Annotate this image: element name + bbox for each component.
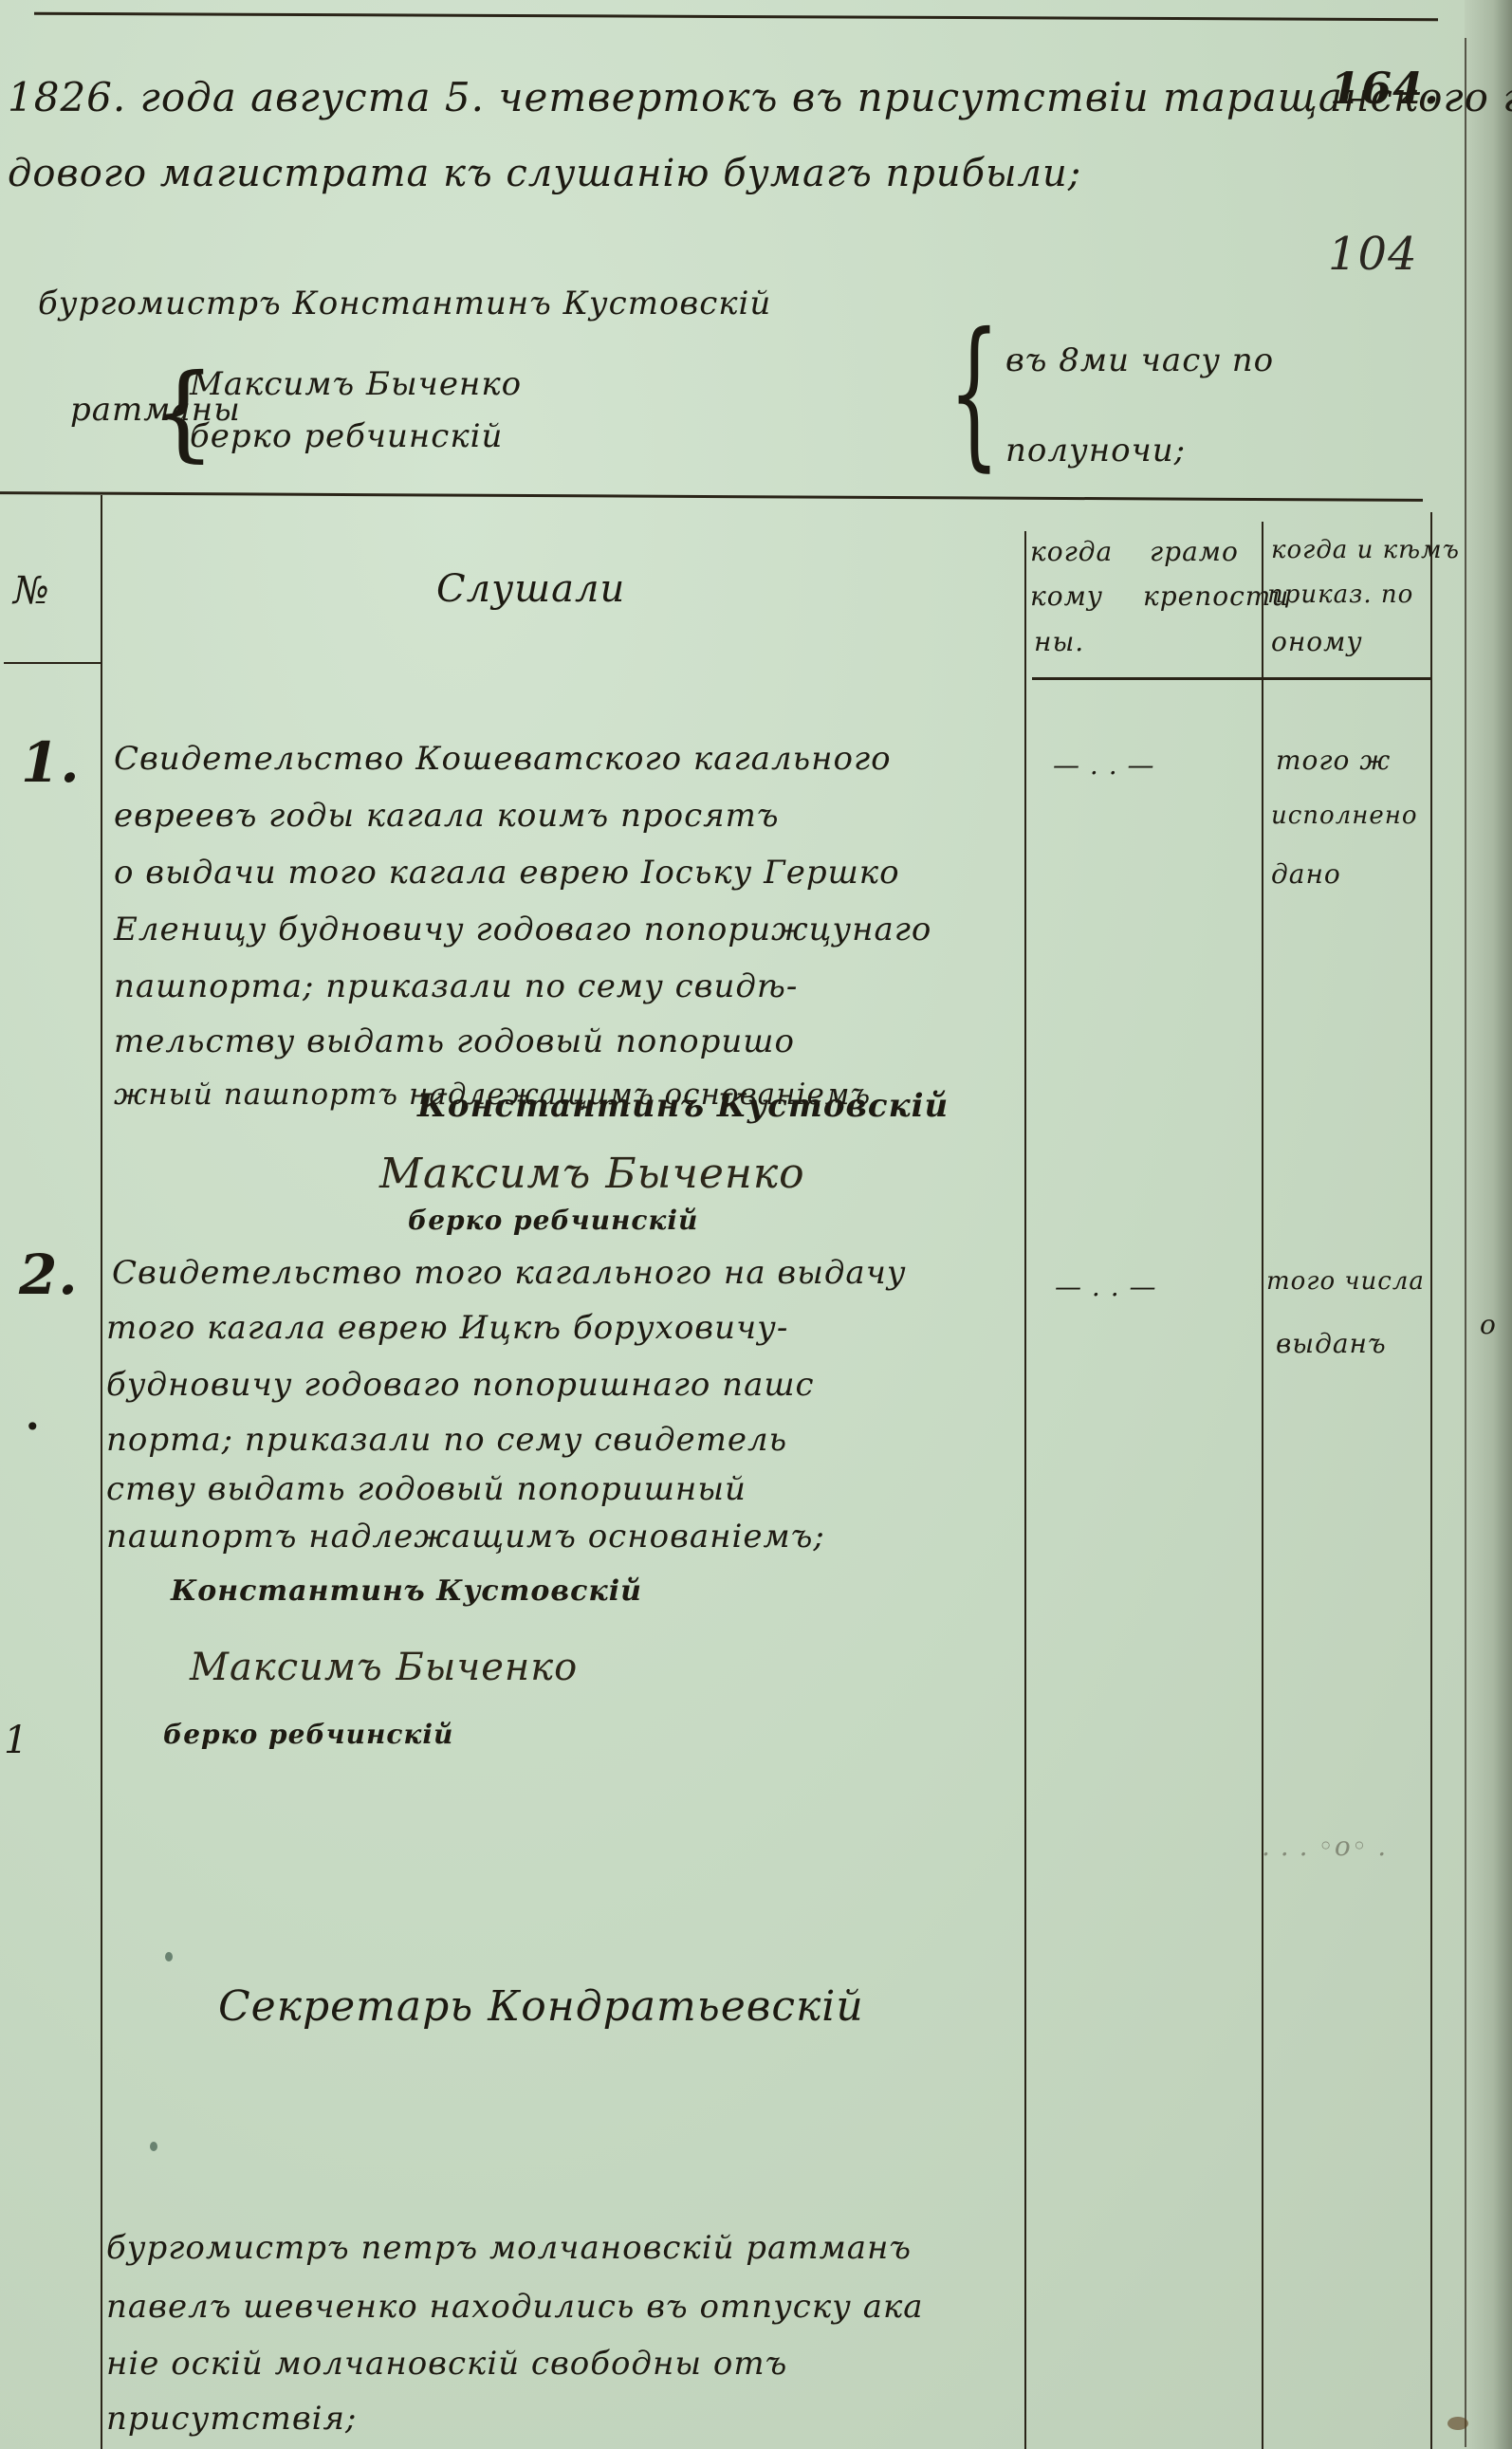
row-2-line-4: порта; приказали по сему свидетель (106, 1421, 787, 1459)
row-2-signature-2: Максимъ Быченко (190, 1646, 578, 1689)
margin-mark-dot: • (25, 1411, 42, 1443)
time-brace: { (949, 299, 1000, 487)
header-when-line1: когда (1030, 536, 1113, 567)
row-1-line-6: тельству выдать годовый попоришо (114, 1022, 795, 1060)
row-1-signature-1: Константинъ Кустовскій (417, 1087, 949, 1125)
row-1-line-5: пашпорта; приказали по сему свидѣ- (114, 967, 798, 1005)
header-number: № (13, 569, 50, 613)
footer-line-4: присутствія; (106, 2400, 357, 2438)
row-2-executed-2: выданъ (1276, 1328, 1387, 1359)
header-heard: Слушали (436, 567, 625, 611)
column-divider-executed (1430, 512, 1432, 2449)
row-2-crepost-mark: — . . — (1055, 1271, 1157, 1302)
ink-stain (1447, 2417, 1468, 2430)
document-page: 164. 104 1826. года августа 5. четверток… (0, 0, 1512, 2449)
page-edge (1465, 0, 1512, 2449)
burgomaster-line: бургомистръ Константинъ Кустовскій (38, 285, 771, 322)
row-1-line-3: о выдачи того кагала еврею Іоську Гершко (114, 854, 900, 892)
row-1-executed-2: исполнено (1271, 801, 1418, 830)
column-divider-number (101, 495, 102, 2449)
secretary-signature: Секретарь Кондратьевскій (218, 1982, 864, 2031)
top-rule (34, 12, 1438, 21)
column-divider-crepost (1262, 522, 1263, 2449)
row-1-signature-3: берко ребчинскій (408, 1205, 698, 1236)
page-number-secondary: 104 (1328, 228, 1418, 281)
header-line-1: 1826. года августа 5. четвертокъ въ прис… (8, 74, 1512, 120)
header-when-line3: ны. (1034, 626, 1084, 657)
time-line-2: полуночи; (1005, 432, 1186, 470)
table-top-rule (0, 491, 1423, 502)
row-1-signature-2: Максимъ Быченко (379, 1150, 805, 1198)
header-executed-line3: оному (1271, 626, 1363, 657)
row-1-number: 1. (21, 730, 81, 795)
ink-stain (165, 1952, 173, 1961)
row-2-signature-3: берко ребчинскій (163, 1719, 453, 1750)
row-2-line-5: ству выдать годовый попоришный (106, 1470, 747, 1508)
row-1-line-2: евреевъ годы кагала коимъ просятъ (114, 797, 780, 835)
right-border (1465, 38, 1466, 2447)
footer-line-1: бургомистръ петръ молчановскій ратманъ (106, 2229, 912, 2267)
row-2-executed-1: того числа (1266, 1267, 1425, 1296)
row-1-line-4: Еленицу будновичу годоваго попорижцунаго (114, 911, 931, 948)
row-2-line-3: будновичу годоваго попоришнаго пашс (106, 1366, 815, 1404)
footer-line-3: ніе оскій молчановскій свободны отъ (106, 2345, 787, 2383)
row-1-executed-3: дано (1271, 858, 1341, 890)
ratman-2: берко ребчинскій (190, 417, 503, 455)
footer-line-2: павелъ шевченко находились въ отпуску ак… (106, 2288, 924, 2326)
header-line-2: дового магистрата къ слушанію бумагъ при… (8, 152, 1081, 195)
ratman-1: Максимъ Быченко (190, 365, 522, 403)
header-executed-line1: когда и кѣмъ (1271, 536, 1460, 564)
row-2-line-6: пашпортъ надлежащимъ основаніемъ; (106, 1518, 825, 1556)
row-2-signature-1: Константинъ Кустовскій (171, 1574, 642, 1608)
time-line-1: въ 8ми часу по (1005, 341, 1274, 379)
header-bottom-rule (1032, 677, 1430, 680)
ink-stain (150, 2142, 157, 2151)
faint-trace: . . . ◦ο◦ . (1262, 1831, 1387, 1862)
row-2-line-2: того кагала еврею Ицкѣ боруховичу- (106, 1309, 788, 1347)
margin-mark-one: 1 (4, 1719, 28, 1762)
header-executed-line2: приказ. по (1267, 580, 1413, 609)
header-when-line2: кому (1030, 580, 1103, 612)
row-1-crepost-mark: — . . — (1053, 749, 1155, 781)
number-header-underline (4, 662, 101, 664)
row-1-line-1: Свидетельство Кошеватского кагального (114, 740, 892, 778)
margin-mark-right: o (1480, 1309, 1497, 1340)
header-crepost-line1: грамо (1150, 536, 1239, 567)
row-1-executed-1: того ж (1276, 745, 1391, 776)
column-divider-heard (1024, 531, 1026, 2449)
row-2-number: 2. (19, 1243, 79, 1307)
row-2-line-1: Свидетельство того кагального на выдачу (112, 1254, 907, 1292)
